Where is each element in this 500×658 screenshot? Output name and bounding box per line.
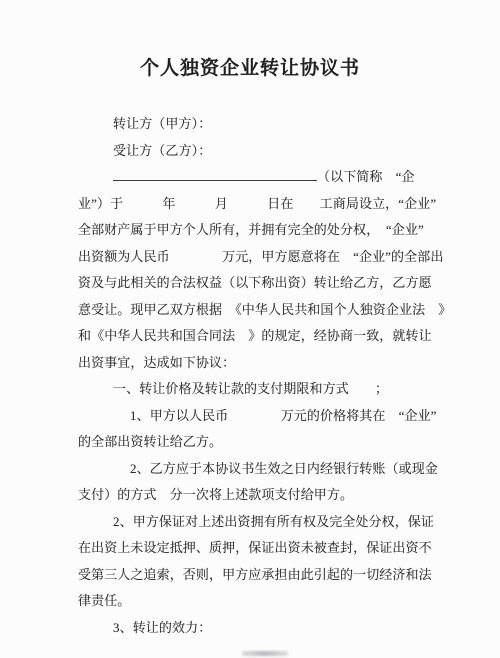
page-number-partial-mark [242, 651, 288, 656]
doc-line: 1、甲方以人民币 万元的价格将其在 “企业” [78, 403, 448, 430]
doc-line: 2、甲方保证对上述出资拥有所有权及完全处分权，保证 [78, 509, 448, 536]
doc-line: 业”）于 年 月 日在 工商局设立，“企业” [78, 191, 448, 218]
doc-line-text: （以下简称 “企 [317, 169, 415, 184]
doc-line: 在出资上未设定抵押、质押，保证出资未被查封，保证出资不 [78, 535, 448, 562]
doc-line: 资及与此相关的合法权益（以下称出资）转让给乙方，乙方愿 [78, 270, 448, 297]
doc-line: 出资事宜，达成如下协议： [78, 350, 448, 377]
doc-line: 出资额为人民币 万元，甲方愿意将在 “企业”的全部出 [78, 244, 448, 271]
doc-line: 和《中华人民共和国合同法 》的规定，经协商一致，就转让 [78, 323, 448, 350]
doc-line: 3、转让的效力： [78, 615, 448, 642]
doc-line: 转让方（甲方）： [78, 111, 448, 138]
doc-line: 支付）的方式 分一次将上述款项支付给甲方。 [78, 482, 448, 509]
document-body: 转让方（甲方）： 受让方（乙方）： （以下简称 “企 业”）于 年 月 日在 工… [0, 111, 500, 641]
document-page: 个人独资企业转让协议书 转让方（甲方）： 受让方（乙方）： （以下简称 “企 业… [0, 0, 500, 658]
doc-line: 律责任。 [78, 588, 448, 615]
doc-line: 的全部出资转让给乙方。 [78, 429, 448, 456]
doc-line: 一、转让价格及转让款的支付期限和方式 ； [78, 376, 448, 403]
doc-line: 受第三人之追索，否则，甲方应承担由此引起的一切经济和法 [78, 562, 448, 589]
doc-line: 2、乙方应于本协议书生效之日内经银行转账（或现金 [78, 456, 448, 483]
doc-line: （以下简称 “企 [78, 164, 448, 191]
doc-line: 全部财产属于甲方个人所有，并拥有完全的处分权， “企业” [78, 217, 448, 244]
doc-line: 意受让。现甲乙双方根据 《中华人民共和国个人独资企业法 》 [78, 297, 448, 324]
doc-line: 受让方（乙方）： [78, 138, 448, 165]
fill-in-blank-underline [113, 167, 317, 181]
document-title: 个人独资企业转让协议书 [0, 0, 500, 84]
